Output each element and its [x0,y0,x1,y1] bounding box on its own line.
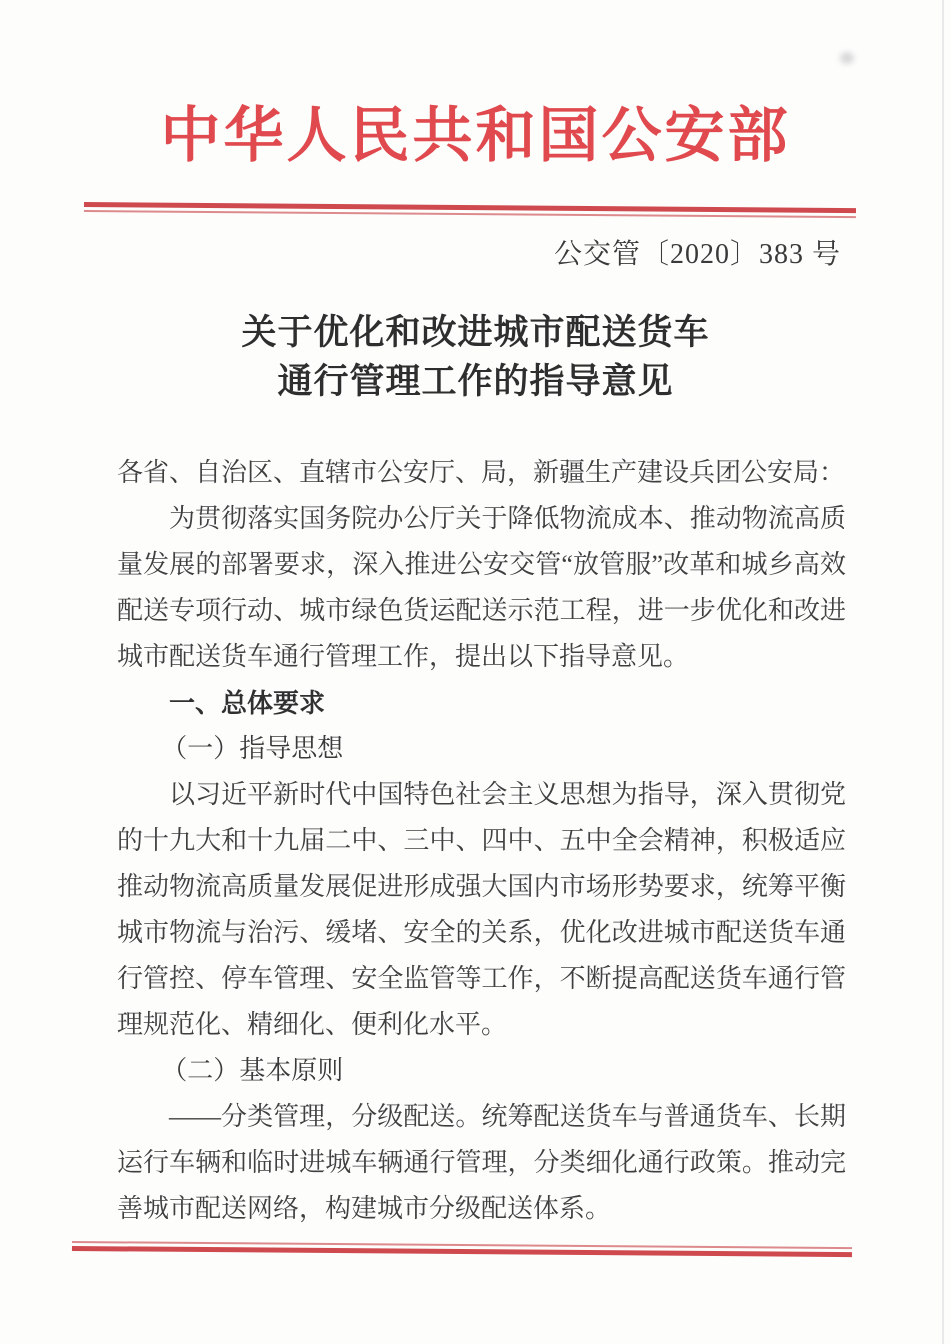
document-number: 公交管〔2020〕383 号 [554,238,841,272]
issuer-masthead: 中华人民共和国公安部 [0,100,951,172]
subsection-heading-2: （二）基本原则 [117,1048,846,1094]
document-title: 关于优化和改进城市配送货车 通行管理工作的指导意见 [0,308,951,406]
footer-double-rule [72,1241,852,1257]
subsection-heading-1: （一）指导思想 [117,726,846,772]
document-body: 各省、自治区、直辖市公安厅、局，新疆生产建设兵团公安局： 为贯彻落实国务院办公厅… [117,450,846,1232]
subsection-paragraph-1: 以习近平新时代中国特色社会主义思想为指导，深入贯彻党的十九大和十九届二中、三中、… [117,772,846,1048]
section-heading-1: 一、总体要求 [117,680,846,726]
salutation: 各省、自治区、直辖市公安厅、局，新疆生产建设兵团公安局： [117,450,846,496]
document-title-line2: 通行管理工作的指导意见 [0,357,951,406]
masthead-double-rule [84,202,856,218]
scan-smudge-artifact [840,52,854,64]
document-title-line1: 关于优化和改进城市配送货车 [0,308,951,357]
subsection-paragraph-2: ——分类管理，分级配送。统筹配送货车与普通货车、长期运行车辆和临时进城车辆通行管… [117,1094,846,1232]
intro-paragraph: 为贯彻落实国务院办公厅关于降低物流成本、推动物流高质量发展的部署要求，深入推进公… [117,496,846,680]
scan-edge-artifact [942,0,944,1344]
document-page: 中华人民共和国公安部 公交管〔2020〕383 号 关于优化和改进城市配送货车 … [0,0,951,1344]
